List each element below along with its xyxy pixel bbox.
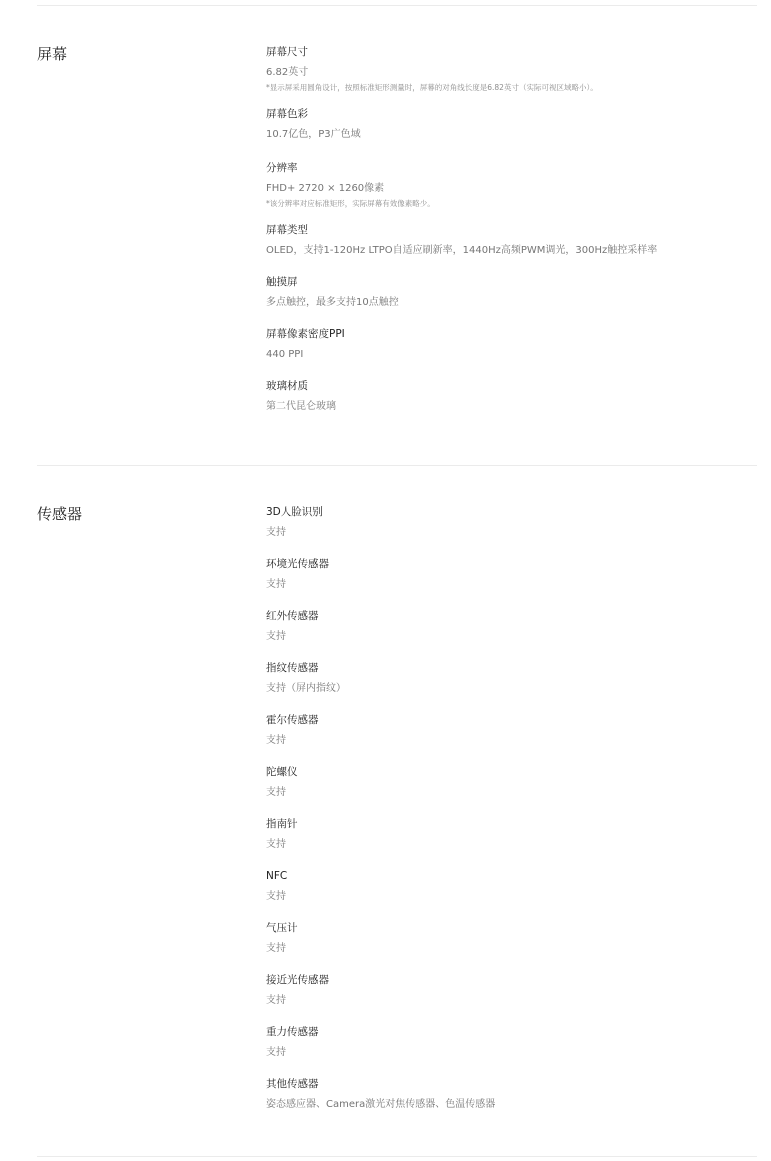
spec-value: 多点触控，最多支持10点触控: [266, 296, 757, 310]
spec-label: 红外传感器: [266, 609, 757, 623]
spec-label: 指纹传感器: [266, 661, 757, 675]
spec-item-screen-type: 屏幕类型 OLED，支持1-120Hz LTPO自适应刷新率，1440Hz高频P…: [266, 223, 757, 258]
spec-item-barometer: 气压计 支持: [266, 921, 757, 956]
spec-label: 接近光传感器: [266, 973, 757, 987]
divider-middle: [37, 465, 757, 466]
spec-label: 玻璃材质: [266, 379, 757, 393]
section-title-screen: 屏幕: [37, 44, 67, 64]
spec-value: 支持: [266, 838, 757, 852]
spec-label: 气压计: [266, 921, 757, 935]
spec-label: 霍尔传感器: [266, 713, 757, 727]
spec-item-3d-face: 3D人脸识别 支持: [266, 505, 757, 540]
spec-label: 重力传感器: [266, 1025, 757, 1039]
spec-item-screen-color: 屏幕色彩 10.7亿色，P3广色域: [266, 107, 757, 142]
spec-value: 支持: [266, 890, 757, 904]
spec-value: FHD+ 2720 × 1260像素: [266, 182, 757, 196]
spec-value: 支持: [266, 578, 757, 592]
section-title-sensors: 传感器: [37, 504, 82, 524]
spec-item-fingerprint: 指纹传感器 支持（屏内指纹）: [266, 661, 757, 696]
screen-spec-list: 屏幕尺寸 6.82英寸 *显示屏采用圆角设计，按照标准矩形测量时，屏幕的对角线长…: [266, 45, 757, 431]
spec-label: 分辨率: [266, 161, 757, 175]
spec-label: 3D人脸识别: [266, 505, 757, 519]
spec-item-other-sensors: 其他传感器 姿态感应器、Camera激光对焦传感器、色温传感器: [266, 1077, 757, 1112]
spec-item-touchscreen: 触摸屏 多点触控，最多支持10点触控: [266, 275, 757, 310]
spec-item-compass: 指南针 支持: [266, 817, 757, 852]
spec-label: 触摸屏: [266, 275, 757, 289]
spec-note: *显示屏采用圆角设计，按照标准矩形测量时，屏幕的对角线长度是6.82英寸（实际可…: [266, 82, 757, 94]
spec-label: 环境光传感器: [266, 557, 757, 571]
spec-label: 指南针: [266, 817, 757, 831]
spec-item-screen-size: 屏幕尺寸 6.82英寸 *显示屏采用圆角设计，按照标准矩形测量时，屏幕的对角线长…: [266, 45, 757, 94]
spec-item-nfc: NFC 支持: [266, 869, 757, 904]
spec-item-resolution: 分辨率 FHD+ 2720 × 1260像素 *该分辨率对应标准矩形，实际屏幕有…: [266, 161, 757, 210]
spec-label: NFC: [266, 869, 757, 883]
spec-label: 屏幕类型: [266, 223, 757, 237]
spec-item-gyroscope: 陀螺仪 支持: [266, 765, 757, 800]
spec-item-ppi: 屏幕像素密度PPI 440 PPI: [266, 327, 757, 362]
spec-label: 陀螺仪: [266, 765, 757, 779]
spec-item-proximity: 接近光传感器 支持: [266, 973, 757, 1008]
spec-item-hall: 霍尔传感器 支持: [266, 713, 757, 748]
divider-top: [37, 5, 757, 6]
spec-item-infrared: 红外传感器 支持: [266, 609, 757, 644]
spec-label: 屏幕色彩: [266, 107, 757, 121]
spec-value: OLED，支持1-120Hz LTPO自适应刷新率，1440Hz高频PWM调光，…: [266, 244, 757, 258]
spec-item-ambient-light: 环境光传感器 支持: [266, 557, 757, 592]
spec-label: 屏幕像素密度PPI: [266, 327, 757, 341]
spec-value: 10.7亿色，P3广色域: [266, 128, 757, 142]
spec-item-glass: 玻璃材质 第二代昆仑玻璃: [266, 379, 757, 414]
spec-page: 屏幕 屏幕尺寸 6.82英寸 *显示屏采用圆角设计，按照标准矩形测量时，屏幕的对…: [0, 0, 771, 1161]
spec-note: *该分辨率对应标准矩形，实际屏幕有效像素略少。: [266, 198, 757, 210]
spec-label: 屏幕尺寸: [266, 45, 757, 59]
spec-value: 支持: [266, 942, 757, 956]
spec-value: 440 PPI: [266, 348, 757, 362]
spec-value: 第二代昆仑玻璃: [266, 400, 757, 414]
spec-value: 支持: [266, 630, 757, 644]
spec-label: 其他传感器: [266, 1077, 757, 1091]
sensor-spec-list: 3D人脸识别 支持 环境光传感器 支持 红外传感器 支持 指纹传感器 支持（屏内…: [266, 505, 757, 1129]
spec-value: 支持: [266, 734, 757, 748]
spec-value: 支持: [266, 1046, 757, 1060]
spec-value: 支持: [266, 994, 757, 1008]
spec-value: 支持（屏内指纹）: [266, 682, 757, 696]
spec-value: 支持: [266, 786, 757, 800]
spec-value: 姿态感应器、Camera激光对焦传感器、色温传感器: [266, 1098, 757, 1112]
divider-bottom: [37, 1156, 757, 1157]
spec-value: 支持: [266, 526, 757, 540]
spec-item-gravity: 重力传感器 支持: [266, 1025, 757, 1060]
spec-value: 6.82英寸: [266, 66, 757, 80]
